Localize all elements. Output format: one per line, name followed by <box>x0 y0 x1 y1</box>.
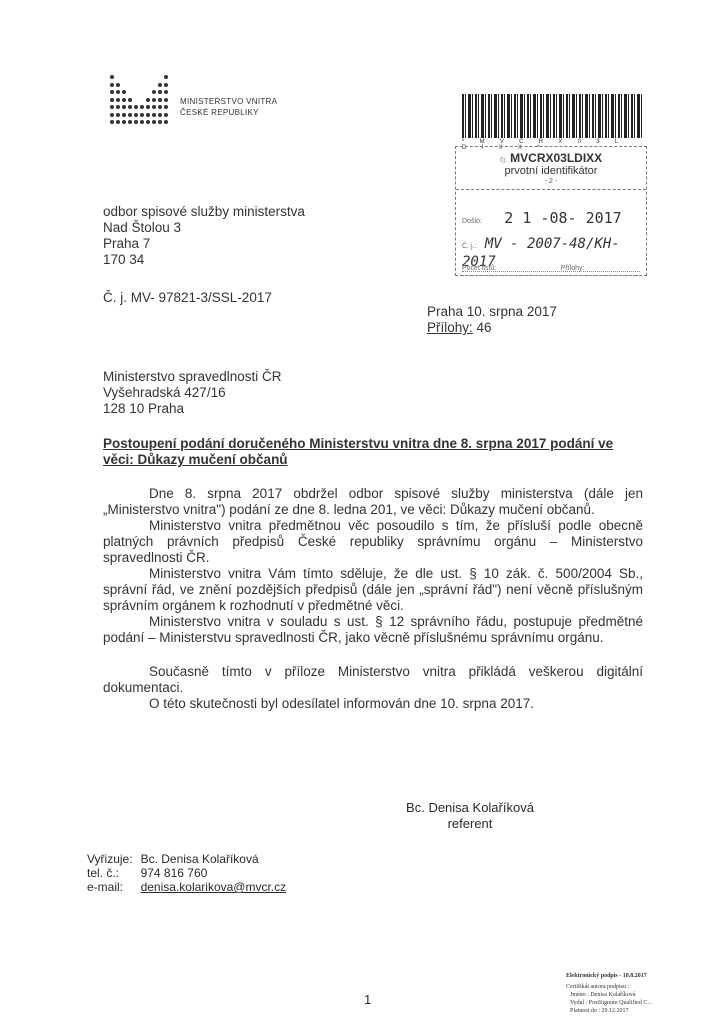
esign-line2: Certifikát autora podpisu : <box>566 983 652 991</box>
stamp-sheets-label: Počet listů: <box>462 265 496 272</box>
attachments: Přílohy: 46 <box>427 320 492 336</box>
paragraph-2: Ministerstvo vnitra předmětnou věc posou… <box>103 518 643 566</box>
handled-by-value: Bc. Denisa Kolaříková <box>141 852 295 866</box>
esign-line4: Vydal : PostSignum Qualified C... <box>566 999 652 1007</box>
signature-title: referent <box>400 816 540 832</box>
phone-value: 974 816 760 <box>141 866 295 880</box>
stamp-received-date: 2 1 -08- 2017 <box>504 209 621 227</box>
stamp-ref-label: Č. j.: <box>462 243 476 250</box>
signature-name: Bc. Denisa Kolaříková <box>400 800 540 816</box>
barcode <box>462 94 642 138</box>
esign-line5: Platnost do : 29.12.2017 <box>566 1007 652 1015</box>
letterhead-line2: ČESKÉ REPUBLIKY <box>180 107 277 118</box>
sender-line3: Praha 7 <box>103 236 305 252</box>
letterhead: MINISTERSTVO VNITRA ČESKÉ REPUBLIKY <box>180 96 277 118</box>
stamp-identifier-label: prvotní identifikátor <box>456 165 646 177</box>
paragraph-4: Ministerstvo vnitra v souladu s ust. § 1… <box>103 614 643 646</box>
place-date: Praha 10. srpna 2017 <box>427 304 557 320</box>
attachments-label: Přílohy: <box>427 320 473 335</box>
ministry-logo-icon <box>110 75 170 127</box>
letterhead-line1: MINISTERSTVO VNITRA <box>180 96 277 107</box>
email-label: e-mail: <box>87 880 141 894</box>
phone-label: tel. č.: <box>87 866 141 880</box>
stamp-identifier: čj: MVCRX03LDIXX <box>456 151 646 165</box>
attachments-value: 46 <box>477 320 492 335</box>
paragraph-3: Ministerstvo vnitra Vám tímto sděluje, ž… <box>103 566 643 614</box>
recipient-line2: Vyšehradská 427/16 <box>103 385 282 401</box>
recipient-address: Ministerstvo spravedlnosti ČR Vyšehradsk… <box>103 369 282 417</box>
stamp-attachments-label: Přílohy: <box>561 265 585 272</box>
signature-block: Bc. Denisa Kolaříková referent <box>400 800 540 832</box>
contact-info: Vyřizuje: Bc. Denisa Kolaříková tel. č.:… <box>87 852 294 894</box>
registry-stamp: čj: MVCRX03LDIXX prvotní identifikátor -… <box>455 146 647 276</box>
stamp-divider <box>456 189 646 190</box>
subject-heading: Postoupení podání doručeného Ministerstv… <box>103 436 643 468</box>
email-link[interactable]: denisa.kolarikova@mvcr.cz <box>141 880 295 894</box>
stamp-received-label: Došlo: <box>462 218 482 225</box>
paragraph-1: Dne 8. srpna 2017 obdržel odbor spisové … <box>103 486 643 518</box>
recipient-line3: 128 10 Praha <box>103 401 282 417</box>
paragraph-6: O této skutečnosti byl odesílatel inform… <box>103 696 643 712</box>
esign-line3: Jméno : Denisa Kolaříková <box>566 991 652 999</box>
page-number: 1 <box>364 992 371 1007</box>
sender-line1: odbor spisové služby ministerstva <box>103 204 305 220</box>
electronic-signature: Elektronický podpis - 10.8.2017 Certifik… <box>566 972 652 1015</box>
esign-line1: Elektronický podpis - 10.8.2017 <box>566 972 652 980</box>
sender-line2: Nad Štolou 3 <box>103 220 305 236</box>
reference-number: Č. j. MV- 97821-3/SSL-2017 <box>103 290 272 306</box>
stamp-identifier-value: MVCRX03LDIXX <box>510 151 602 165</box>
stamp-prefix: čj: <box>500 157 507 164</box>
recipient-line1: Ministerstvo spravedlnosti ČR <box>103 369 282 385</box>
handled-by-label: Vyřizuje: <box>87 852 141 866</box>
paragraph-5: Současně tímto v příloze Ministerstvo vn… <box>103 664 643 696</box>
stamp-page-mark: - 2 - <box>456 178 646 185</box>
sender-line4: 170 34 <box>103 252 305 268</box>
sender-address: odbor spisové služby ministerstva Nad Št… <box>103 204 305 268</box>
